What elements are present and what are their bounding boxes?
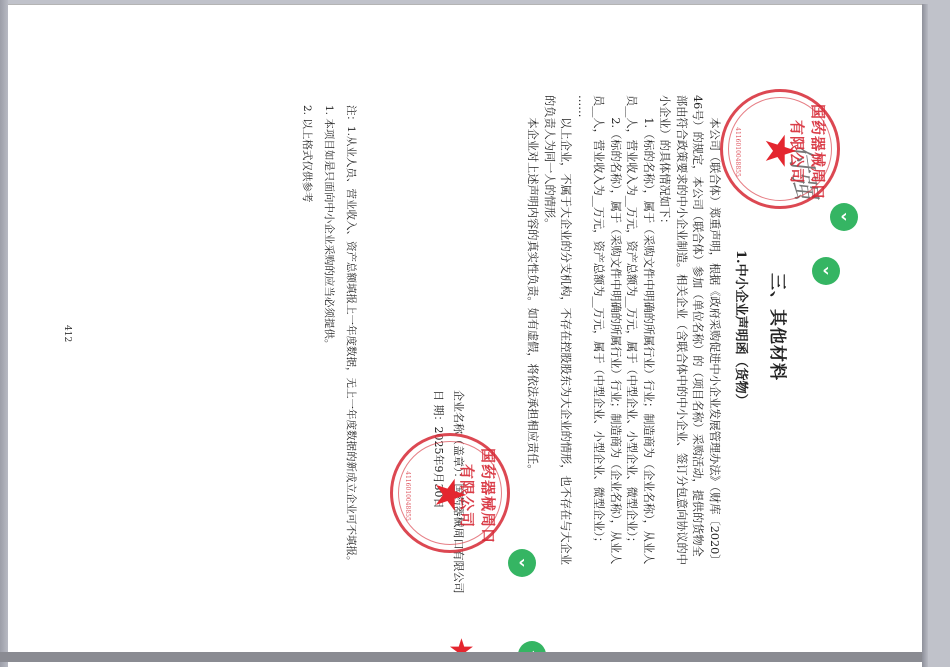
- item-2: 2.（标的名称），属于（采购文件中明确的所属行业）行业；制造商为（企业名称），从…: [590, 95, 623, 565]
- page-number: 412: [62, 325, 72, 342]
- document-page: 付强 三、其他材料 1.中小企业声明函（货物） 本公司（联合体）郑重声明，根据《…: [8, 4, 922, 653]
- intro-paragraph: 本公司（联合体）郑重声明，根据《政府采购促进中小企业发展管理办法》（财库〔202…: [656, 95, 722, 565]
- responsibility-paragraph: 本企业对上述声明内容的真实性负责。如有虚假，将依法承担相应责任。: [524, 95, 541, 565]
- item-1: 1.（标的名称），属于（采购文件中明确的所属行业）行业；制造商为（企业名称），从…: [623, 95, 656, 565]
- company-seal: 国药器械周口有限公司 ★ 4116010048855: [390, 433, 510, 553]
- subsection-title: 1.中小企业声明函（货物）: [733, 250, 752, 407]
- seal-code: 4116010048855: [404, 436, 411, 556]
- star-icon: ★: [759, 132, 801, 170]
- viewer-left-gutter: [0, 0, 8, 667]
- notes-title: 注：1.从业人员、营业收入、资产总额填报上一年度数据，无上一年度数据的新成立企业…: [340, 105, 362, 585]
- declaration-body: 本公司（联合体）郑重声明，根据《政府采购促进中小企业发展管理办法》（财库〔202…: [524, 95, 722, 565]
- chevron-left-icon[interactable]: ‹: [508, 549, 536, 577]
- viewer-right-gutter: [922, 4, 928, 667]
- note-2: 2. 以上格式仅供参考: [296, 105, 318, 585]
- page-separator: [0, 652, 922, 662]
- note-1: 1. 本项目如是只面向中小企业采购的应当必须提供。: [318, 105, 340, 585]
- chevron-left-icon[interactable]: ‹: [830, 203, 858, 231]
- chevron-left-icon[interactable]: ‹: [812, 257, 840, 285]
- branch-paragraph: 以上企业，不属于大企业的分支机构，不存在控股股东为大企业的情形，也不存在与大企业…: [541, 95, 574, 565]
- star-icon: ★: [429, 476, 471, 514]
- section-title: 三、其他材料: [767, 273, 792, 381]
- next-document-page: [8, 662, 922, 667]
- company-seal: 国药器械周口有限公司 ★ 4116010048855: [720, 89, 840, 209]
- ellipsis: ……: [574, 95, 591, 565]
- notes: 注：1.从业人员、营业收入、资产总额填报上一年度数据，无上一年度数据的新成立企业…: [296, 105, 362, 585]
- next-seal-fragment: ★: [448, 633, 475, 653]
- seal-code: 4116010048855: [734, 92, 741, 212]
